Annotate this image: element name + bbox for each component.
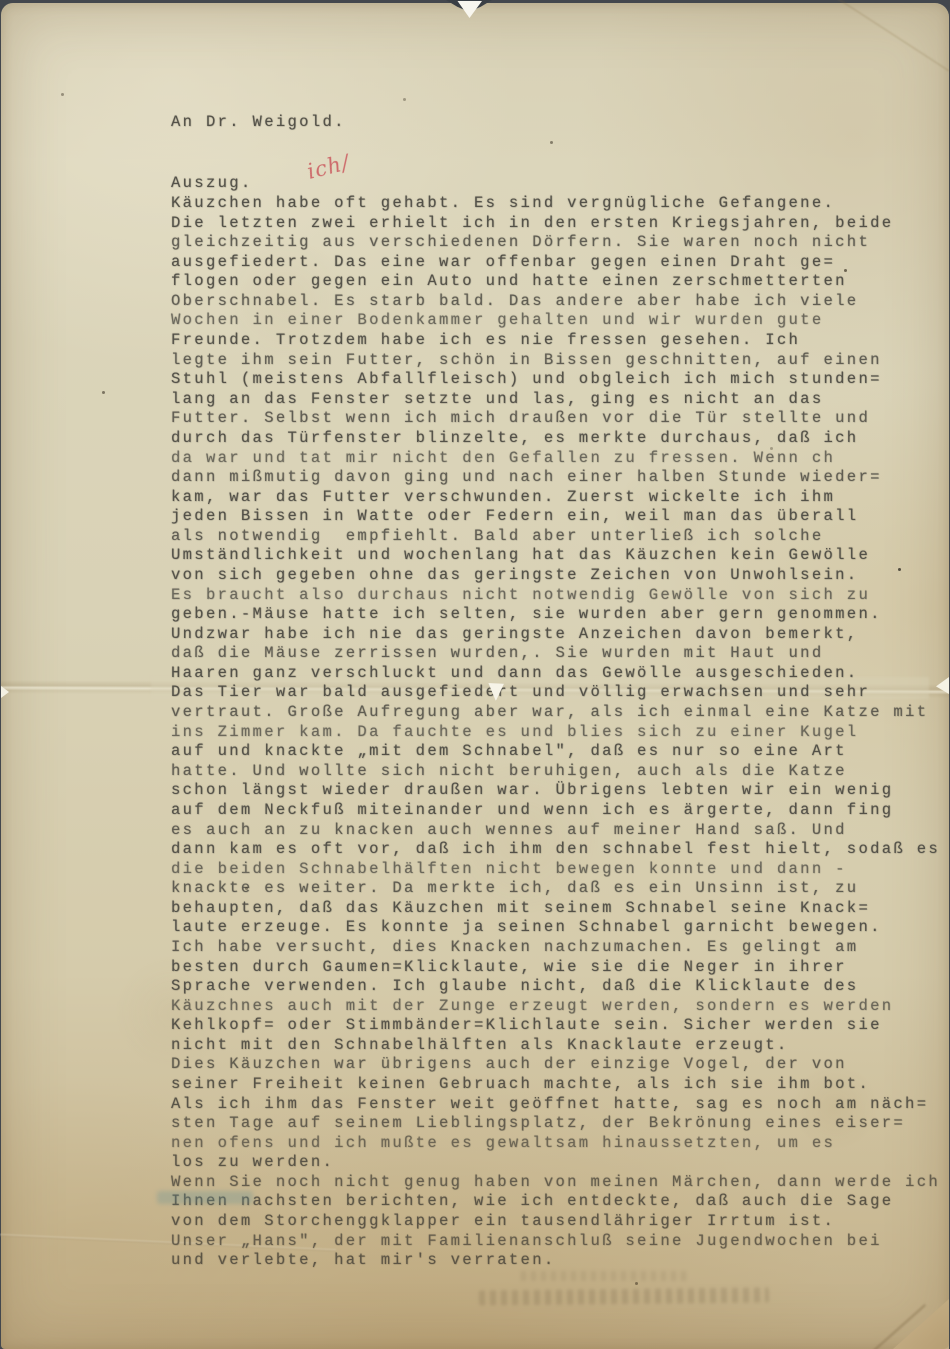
body-line: ins Zimmer kam. Da fauchte es und blies …	[171, 723, 940, 743]
letter-body: Käuzchen habe oft gehabt. Es sind vergnü…	[171, 194, 940, 1271]
body-line: Es braucht also durchaus nicht notwendig…	[171, 586, 940, 606]
excerpt-heading: Auszug.	[171, 174, 253, 192]
edge-tear-left	[1, 686, 9, 698]
body-line: Wenn Sie noch nicht genug haben von mein…	[171, 1173, 940, 1193]
body-line: Stuhl (meistens Abfallfleisch) und obgle…	[171, 370, 940, 390]
letter-page: An Dr. Weigold. ich/ Auszug. Käuzchen ha…	[1, 3, 949, 1349]
body-line: Freunde. Trotzdem habe ich es nie fresse…	[171, 331, 940, 351]
body-line: dann mißmutig davon ging und nach einer …	[171, 468, 940, 488]
body-line: gleichzeitig aus verschiedenen Dörfern. …	[171, 233, 940, 253]
paper-specks	[1, 3, 4, 6]
body-line: nen ofens und ich mußte es gewaltsam hin…	[171, 1134, 940, 1154]
handwritten-annotation: ich/	[305, 150, 353, 184]
body-line: lang an das Fenster setzte und las, ging…	[171, 390, 940, 410]
body-line: jeden Bissen in Watte oder Federn ein, w…	[171, 507, 940, 527]
body-line: Käuzchnes auch mit der Zunge erzeugt wer…	[171, 997, 940, 1017]
body-line: es auch an zu knacken auch wennes auf me…	[171, 821, 940, 841]
ink-bleed-through-text	[479, 1287, 769, 1305]
body-line: Sprache verwenden. Ich glaube nicht, daß…	[171, 977, 940, 997]
body-line: von dem Storchenggklapper ein tausendläh…	[171, 1212, 940, 1232]
body-line: auf und knackte „mit dem Schnabel", daß …	[171, 742, 940, 762]
body-line: legte ihm sein Futter, schön in Bissen g…	[171, 351, 940, 371]
body-line: geben.-Mäuse hatte ich selten, sie wurde…	[171, 605, 940, 625]
body-line: da war und tat mir nicht den Gefallen zu…	[171, 449, 940, 469]
body-line: daß die Mäuse zerrissen wurden,. Sie wur…	[171, 644, 940, 664]
body-line: los zu werden.	[171, 1153, 940, 1173]
body-line: Käuzchen habe oft gehabt. Es sind vergnü…	[171, 194, 940, 214]
body-line: kam, war das Futter verschwunden. Zuerst…	[171, 488, 940, 508]
corner-crease-top-right	[823, 0, 950, 72]
body-line: sten Tage auf seinem Lieblingsplatz, der…	[171, 1114, 940, 1134]
body-line: Dies Käuzchen war übrigens auch der einz…	[171, 1055, 940, 1075]
body-line: Futter. Selbst wenn ich mich draußen vor…	[171, 409, 940, 429]
body-line: Umständlichkeit und wochenlang hat das K…	[171, 546, 940, 566]
body-line: laute erzeuge. Es konnte ja seinen Schna…	[171, 918, 940, 938]
scanned-letter: An Dr. Weigold. ich/ Auszug. Käuzchen ha…	[0, 0, 950, 1349]
scan-background: { "colors": { "scan_background": "#43474…	[0, 0, 950, 1349]
body-line: auf dem Neckfuß miteinander und wenn ich…	[171, 801, 940, 821]
body-line: schon längst wieder draußen war. Übrigen…	[171, 781, 940, 801]
body-line: von sich gegeben ohne das geringste Zeic…	[171, 566, 940, 586]
body-line: vertraut. Große Aufregung aber war, als …	[171, 703, 940, 723]
body-line: Wochen in einer Bodenkammer gehalten und…	[171, 311, 940, 331]
ink-bleed-through-text-faint	[521, 1271, 691, 1281]
ink-bleed-through-blue	[157, 1191, 253, 1204]
body-line: dann kam es oft vor, daß ich ihm den sch…	[171, 840, 940, 860]
body-line: flogen oder gegen ein Auto und hatte ein…	[171, 272, 940, 292]
body-line: nicht mit den Schnabelhälften als Knackl…	[171, 1036, 940, 1056]
recipient-line: An Dr. Weigold.	[171, 113, 346, 131]
body-line: durch das Türfenster blinzelte, es merkt…	[171, 429, 940, 449]
body-line: behaupten, daß das Käuzchen mit seinem S…	[171, 899, 940, 919]
body-line: Ich habe versucht, dies Knacken nachzuma…	[171, 938, 940, 958]
body-line: Als ich ihm das Fenster weit geöffnet ha…	[171, 1095, 940, 1115]
body-line: seiner Freiheit keinen Gebruach machte, …	[171, 1075, 940, 1095]
body-line: die beiden Schnabelhälften nicht bewegen…	[171, 860, 940, 880]
body-line: knackte es weiter. Da merkte ich, daß es…	[171, 879, 940, 899]
body-line: Das Tier war bald ausgefiedert und völli…	[171, 683, 940, 703]
body-line: Haaren ganz verschluckt und dann das Gew…	[171, 664, 940, 684]
body-line: besten durch Gaumen=Klicklaute, wie sie …	[171, 958, 940, 978]
body-line: Ihnen nachsten berichten, wie ich entdec…	[171, 1192, 940, 1212]
body-line: Unser „Hans", der mit Familienanschluß s…	[171, 1232, 940, 1252]
body-line: als notwendig empfiehlt. Bald aber unter…	[171, 527, 940, 547]
body-line: Undzwar habe ich nie das geringste Anzei…	[171, 625, 940, 645]
body-line: Oberschnabel. Es starb bald. Das andere …	[171, 292, 940, 312]
body-line: Die letzten zwei erhielt ich in den erst…	[171, 214, 940, 234]
body-line: hatte. Und wollte sich nicht beruhigen, …	[171, 762, 940, 782]
body-line: und verlebte, hat mir's verraten.	[171, 1251, 940, 1271]
body-line: ausgefiedert. Das eine war offenbar gege…	[171, 253, 940, 273]
body-line: Kehlkopf= oder Stimmbänder=Klichlaute se…	[171, 1016, 940, 1036]
